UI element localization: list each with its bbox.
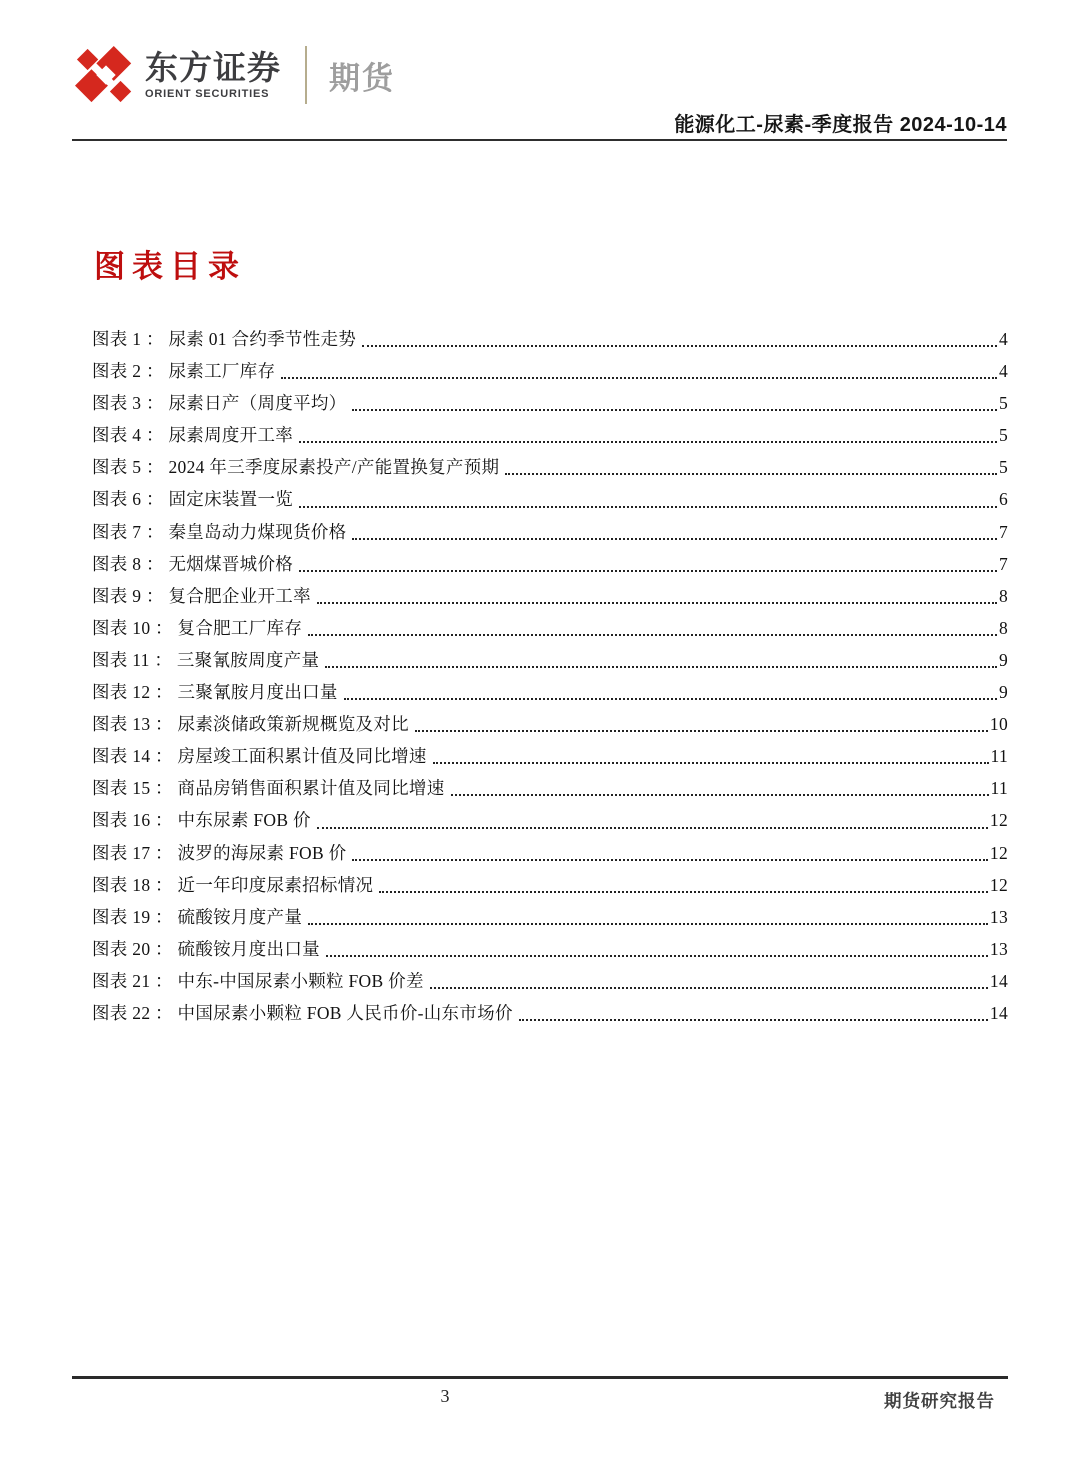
toc-row[interactable]: 图表 22 ： 中国尿素小颗粒 FOB 人民币价-山东市场价 14 xyxy=(92,997,1008,1029)
footer-rule xyxy=(72,1376,1008,1379)
toc-row[interactable]: 图表 10 ： 复合肥工厂库存 8 xyxy=(92,612,1008,644)
toc-row[interactable]: 图表 11 ： 三聚氰胺周度产量 9 xyxy=(92,644,1008,676)
toc-row-label: 图表 15 ： 商品房销售面积累计值及同比增速 xyxy=(92,772,445,804)
toc-row-page-number: 8 xyxy=(999,580,1008,612)
toc-row-page-number: 9 xyxy=(999,676,1008,708)
toc-row-label: 图表 22 ： 中国尿素小颗粒 FOB 人民币价-山东市场价 xyxy=(92,997,513,1029)
toc-dot-leader xyxy=(308,923,988,925)
toc-row-page-number: 7 xyxy=(999,516,1008,548)
orient-securities-logo-icon xyxy=(75,44,137,106)
toc-row-label: 图表 12 ： 三聚氰胺月度出口量 xyxy=(92,676,338,708)
toc-row-page-number: 11 xyxy=(991,740,1008,772)
toc-dot-leader xyxy=(317,602,997,604)
toc-row[interactable]: 图表 2 ： 尿素工厂库存 4 xyxy=(92,355,1008,387)
toc-dot-leader xyxy=(308,634,997,636)
toc-row-label: 图表 8 ： 无烟煤晋城价格 xyxy=(92,548,293,580)
toc-row[interactable]: 图表 3 ： 尿素日产（周度平均） 5 xyxy=(92,387,1008,419)
toc-dot-leader xyxy=(326,955,988,957)
toc-row[interactable]: 图表 17 ： 波罗的海尿素 FOB 价 12 xyxy=(92,837,1008,869)
toc-row-label: 图表 5 ： 2024 年三季度尿素投产/产能置换复产预期 xyxy=(92,451,499,483)
brand-text: 东方证券 ORIENT SECURITIES xyxy=(145,51,281,100)
toc-row-label: 图表 18 ： 近一年印度尿素招标情况 xyxy=(92,869,373,901)
toc-row[interactable]: 图表 9 ： 复合肥企业开工率 8 xyxy=(92,580,1008,612)
toc-row-label: 图表 16 ： 中东尿素 FOB 价 xyxy=(92,804,311,836)
toc-row-page-number: 13 xyxy=(990,933,1008,965)
toc-dot-leader xyxy=(433,762,989,764)
toc-list: 图表 1 ： 尿素 01 合约季节性走势 4 图表 2 ： 尿素工厂库存 4 图… xyxy=(92,323,1008,1029)
brand-divider xyxy=(305,46,307,104)
toc-row-page-number: 6 xyxy=(999,483,1008,515)
header-rule xyxy=(72,139,1007,141)
toc-row-label: 图表 1 ： 尿素 01 合约季节性走势 xyxy=(92,323,356,355)
footer-report-type-label: 期货研究报告 xyxy=(884,1388,995,1413)
toc-row-page-number: 12 xyxy=(990,837,1008,869)
toc-title: 图表目录 xyxy=(94,241,246,286)
toc-dot-leader xyxy=(317,827,988,829)
toc-row[interactable]: 图表 21 ： 中东-中国尿素小颗粒 FOB 价差 14 xyxy=(92,965,1008,997)
toc-row-label: 图表 19 ： 硫酸铵月度产量 xyxy=(92,901,302,933)
toc-row-label: 图表 6 ： 固定床装置一览 xyxy=(92,483,293,515)
toc-row-label: 图表 10 ： 复合肥工厂库存 xyxy=(92,612,302,644)
toc-row[interactable]: 图表 4 ： 尿素周度开工率 5 xyxy=(92,419,1008,451)
toc-row[interactable]: 图表 8 ： 无烟煤晋城价格 7 xyxy=(92,548,1008,580)
toc-row-label: 图表 3 ： 尿素日产（周度平均） xyxy=(92,387,346,419)
toc-row-page-number: 5 xyxy=(999,451,1008,483)
toc-row-page-number: 8 xyxy=(999,612,1008,644)
toc-dot-leader xyxy=(505,473,997,475)
toc-dot-leader xyxy=(352,859,987,861)
toc-row-page-number: 14 xyxy=(990,997,1008,1029)
toc-row[interactable]: 图表 20 ： 硫酸铵月度出口量 13 xyxy=(92,933,1008,965)
toc-row-label: 图表 13 ： 尿素淡储政策新规概览及对比 xyxy=(92,708,409,740)
toc-row-page-number: 7 xyxy=(999,548,1008,580)
brand-name-en: ORIENT SECURITIES xyxy=(145,88,281,100)
report-page: 东方证券 ORIENT SECURITIES 期货 能源化工-尿素-季度报告 2… xyxy=(0,0,1080,1466)
toc-row[interactable]: 图表 16 ： 中东尿素 FOB 价 12 xyxy=(92,804,1008,836)
toc-dot-leader xyxy=(430,987,988,989)
toc-dot-leader xyxy=(281,377,997,379)
toc-row-label: 图表 11 ： 三聚氰胺周度产量 xyxy=(92,644,319,676)
toc-row[interactable]: 图表 13 ： 尿素淡储政策新规概览及对比 10 xyxy=(92,708,1008,740)
toc-row[interactable]: 图表 14 ： 房屋竣工面积累计值及同比增速 11 xyxy=(92,740,1008,772)
toc-row-page-number: 5 xyxy=(999,419,1008,451)
toc-row-page-number: 4 xyxy=(999,323,1008,355)
toc-dot-leader xyxy=(325,666,997,668)
toc-row-page-number: 12 xyxy=(990,804,1008,836)
toc-dot-leader xyxy=(299,570,997,572)
toc-row-page-number: 13 xyxy=(990,901,1008,933)
toc-dot-leader xyxy=(352,409,996,411)
toc-dot-leader xyxy=(352,538,996,540)
toc-dot-leader xyxy=(362,345,997,347)
toc-row-label: 图表 4 ： 尿素周度开工率 xyxy=(92,419,293,451)
toc-row[interactable]: 图表 19 ： 硫酸铵月度产量 13 xyxy=(92,901,1008,933)
toc-row-page-number: 5 xyxy=(999,387,1008,419)
toc-row[interactable]: 图表 12 ： 三聚氰胺月度出口量 9 xyxy=(92,676,1008,708)
toc-dot-leader xyxy=(415,730,988,732)
toc-dot-leader xyxy=(299,441,997,443)
toc-dot-leader xyxy=(451,794,989,796)
toc-row-label: 图表 7 ： 秦皇岛动力煤现货价格 xyxy=(92,516,346,548)
toc-row[interactable]: 图表 15 ： 商品房销售面积累计值及同比增速 11 xyxy=(92,772,1008,804)
toc-row-label: 图表 2 ： 尿素工厂库存 xyxy=(92,355,275,387)
toc-row-label: 图表 21 ： 中东-中国尿素小颗粒 FOB 价差 xyxy=(92,965,424,997)
toc-dot-leader xyxy=(344,698,997,700)
brand-department-label: 期货 xyxy=(329,53,395,98)
toc-row-page-number: 14 xyxy=(990,965,1008,997)
toc-row-label: 图表 20 ： 硫酸铵月度出口量 xyxy=(92,933,320,965)
toc-dot-leader xyxy=(379,891,988,893)
toc-row-label: 图表 17 ： 波罗的海尿素 FOB 价 xyxy=(92,837,346,869)
brand-name-cn: 东方证券 xyxy=(145,51,281,84)
toc-row-page-number: 10 xyxy=(990,708,1008,740)
page-number: 3 xyxy=(420,1386,470,1407)
toc-row-page-number: 12 xyxy=(990,869,1008,901)
toc-row[interactable]: 图表 1 ： 尿素 01 合约季节性走势 4 xyxy=(92,323,1008,355)
brand-block: 东方证券 ORIENT SECURITIES 期货 xyxy=(75,44,395,106)
toc-row[interactable]: 图表 18 ： 近一年印度尿素招标情况 12 xyxy=(92,869,1008,901)
toc-row-label: 图表 9 ： 复合肥企业开工率 xyxy=(92,580,311,612)
toc-row[interactable]: 图表 7 ： 秦皇岛动力煤现货价格 7 xyxy=(92,516,1008,548)
toc-row-page-number: 11 xyxy=(991,772,1008,804)
toc-dot-leader xyxy=(299,506,997,508)
toc-row-page-number: 9 xyxy=(999,644,1008,676)
toc-row[interactable]: 图表 6 ： 固定床装置一览 6 xyxy=(92,483,1008,515)
toc-row-label: 图表 14 ： 房屋竣工面积累计值及同比增速 xyxy=(92,740,427,772)
toc-dot-leader xyxy=(519,1019,988,1021)
toc-row[interactable]: 图表 5 ： 2024 年三季度尿素投产/产能置换复产预期 5 xyxy=(92,451,1008,483)
toc-row-page-number: 4 xyxy=(999,355,1008,387)
report-category-and-date: 能源化工-尿素-季度报告 2024-10-14 xyxy=(674,108,1007,137)
